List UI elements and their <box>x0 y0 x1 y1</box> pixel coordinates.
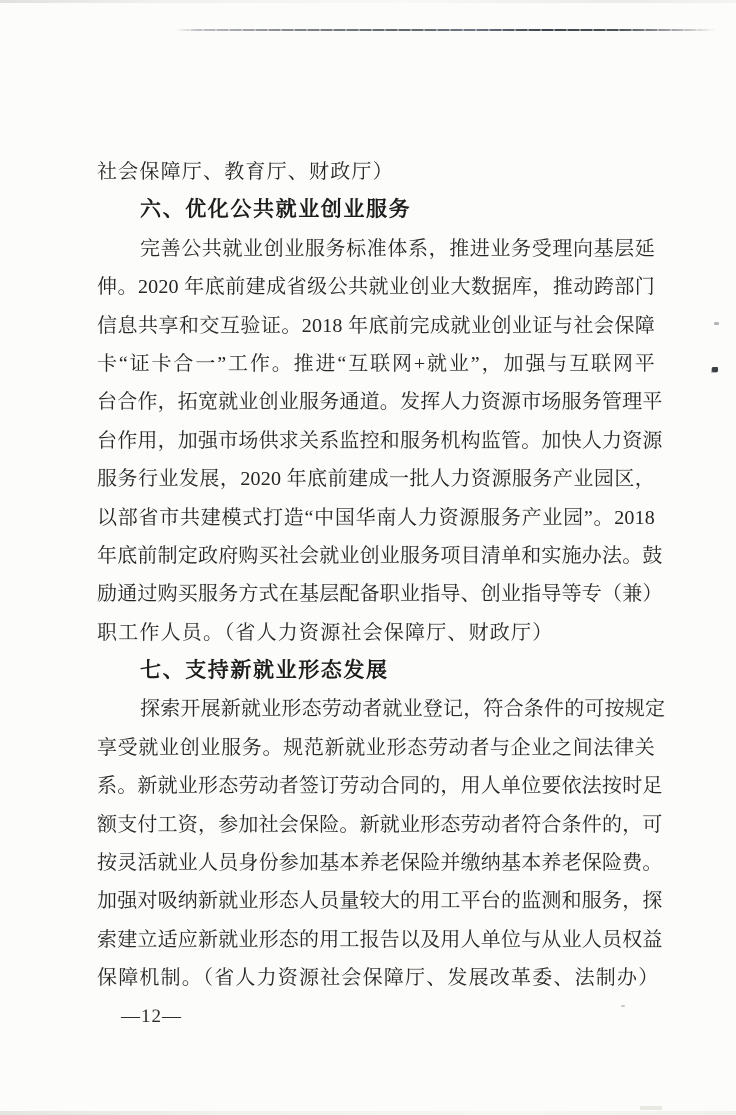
paragraph-continuation-line: 社会保障厅、教育厅、财政厅） <box>97 153 655 191</box>
scan-speck <box>714 322 719 325</box>
paragraph-line: 卡“证卡合一”工作。推进“互联网+就业”，加强与互联网平 <box>97 345 655 383</box>
paragraph-line: 完善公共就业创业服务标准体系，推进业务受理向基层延 <box>97 230 655 268</box>
paragraph-line: 保障机制。（省人力资源社会保障厅、发展改革委、法制办） <box>97 959 655 997</box>
scanned-document-page: 社会保障厅、教育厅、财政厅） 六、优化公共就业创业服务 完善公共就业创业服务标准… <box>0 0 736 1115</box>
paragraph-line: 索建立适应新就业形态的用工报告以及用人单位与从业人员权益 <box>97 921 655 959</box>
scan-bottom-edge-shading <box>0 1111 736 1115</box>
paragraph-line: 加强对吸纳新就业形态人员量较大的用工平台的监测和服务，探 <box>97 882 655 920</box>
paragraph-line: 台作用，加强市场供求关系监控和服务机构监管。加快人力资源 <box>97 422 655 460</box>
paragraph-line: 职工作人员。（省人力资源社会保障厅、财政厅） <box>97 614 655 652</box>
paragraph-line: 以部省市共建模式打造“中国华南人力资源服务产业园”。2018 <box>97 499 655 537</box>
paragraph-line: 享受就业创业服务。规范新就业形态劳动者与企业之间法律关 <box>97 729 655 767</box>
paragraph-line: 服务行业发展，2020 年底前建成一批人力资源服务产业园区， <box>97 460 655 498</box>
paragraph-line: 信息共享和交互验证。2018 年底前完成就业创业证与社会保障 <box>97 307 655 345</box>
section-heading-7: 七、支持新就业形态发展 <box>97 652 655 690</box>
paragraph-line: 励通过购买服务方式在基层配备职业指导、创业指导等专（兼） <box>97 575 655 613</box>
paragraph-line: 探索开展新就业形态劳动者就业登记，符合条件的可按规定 <box>97 690 655 728</box>
scan-speck <box>640 1106 662 1110</box>
paragraph-line: 台合作，拓宽就业创业服务通道。发挥人力资源市场服务管理平 <box>97 383 655 421</box>
paragraph-line: 年底前制定政府购买社会就业创业服务项目清单和实施办法。鼓 <box>97 537 655 575</box>
paragraph-line: 额支付工资，参加社会保险。新就业形态劳动者符合条件的，可 <box>97 806 655 844</box>
scan-top-edge-shading <box>0 0 736 3</box>
scan-artifact-line <box>176 29 716 31</box>
scan-speck <box>621 1005 625 1007</box>
paragraph-line: 系。新就业形态劳动者签订劳动合同的，用人单位要依法按时足 <box>97 767 655 805</box>
section-heading-6: 六、优化公共就业创业服务 <box>97 191 655 229</box>
paragraph-line: 伸。2020 年底前建成省级公共就业创业大数据库，推动跨部门 <box>97 268 655 306</box>
paragraph-line: 按灵活就业人员身份参加基本养老保险并缴纳基本养老保险费。 <box>97 844 655 882</box>
page-number: —12— <box>121 1004 182 1030</box>
document-body: 社会保障厅、教育厅、财政厅） 六、优化公共就业创业服务 完善公共就业创业服务标准… <box>97 153 655 998</box>
scan-speck <box>712 367 718 372</box>
